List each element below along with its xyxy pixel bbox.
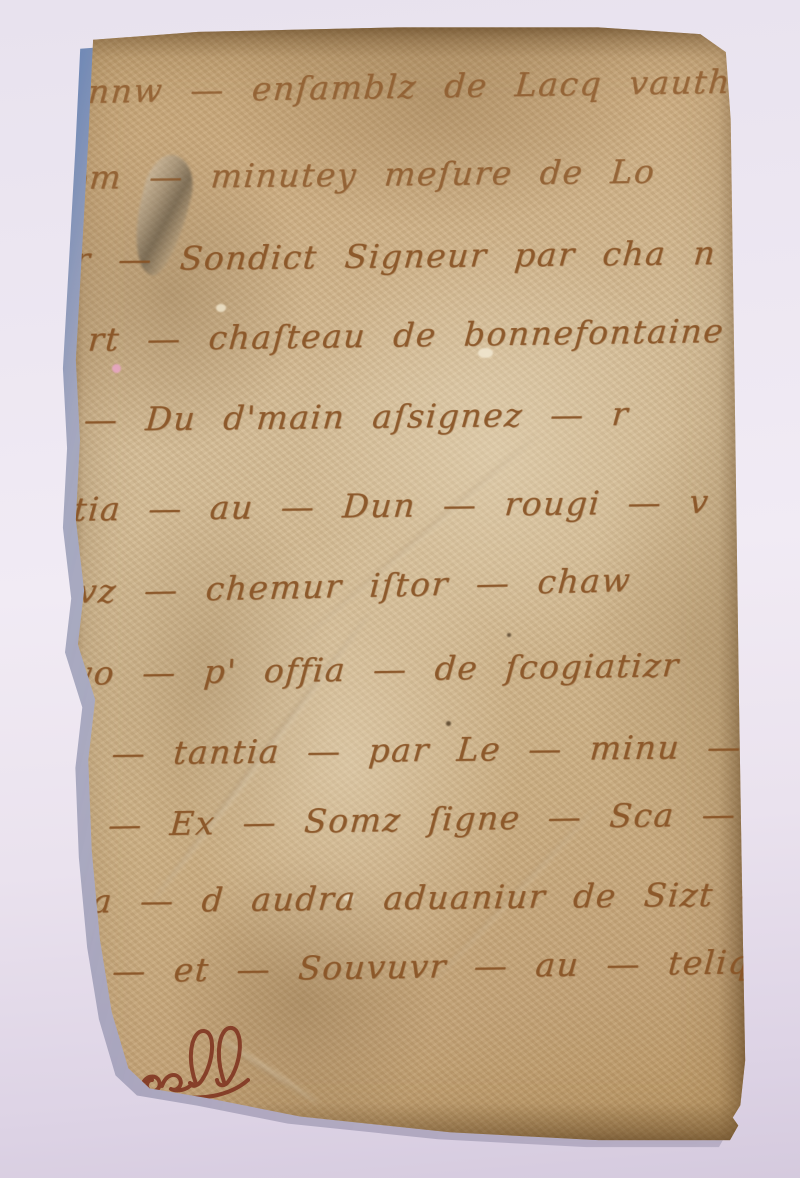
parchment-page: nnw — enſamblz de Lacq vauth om — minute… <box>60 24 750 1148</box>
damage-spot <box>112 364 121 373</box>
manuscript-line: rt — chaſteau de bonnefontaine <box>87 311 726 359</box>
ink-speck <box>446 721 451 726</box>
ink-speck <box>507 633 511 637</box>
manuscript-line: vz — chemur iſtor — chaw <box>77 560 633 611</box>
manuscript-line: — Du d'main aſsignez — r <box>82 394 630 439</box>
damage-spot <box>216 304 226 312</box>
manuscript-line: nnw — enſamblz de Lacq vauth <box>87 62 733 111</box>
manuscript-line: om — minutey meſure de Lo <box>66 152 656 197</box>
manuscript-line: r — Sondict Signeur par cha n <box>72 233 717 279</box>
manuscript-line: wo — p' offia — de ſcogiatizr <box>63 645 681 693</box>
manuscript-line: a — et — Souvuvr — au — teliqua — <box>63 941 800 991</box>
manuscript-line: a — Ex — Somz ſigne — Sca — vit <box>59 793 800 845</box>
manuscript-photo: nnw — enſamblz de Lacq vauth om — minute… <box>0 0 800 1178</box>
manuscript-line: rtia — au — Dun — rougi — v <box>55 482 711 529</box>
manuscript-line: dra — d audra aduaniur de Sizt — v <box>50 874 800 921</box>
crease-mark <box>297 431 542 645</box>
manuscript-line: t — tantia — par Le — minu — et <box>68 726 800 773</box>
